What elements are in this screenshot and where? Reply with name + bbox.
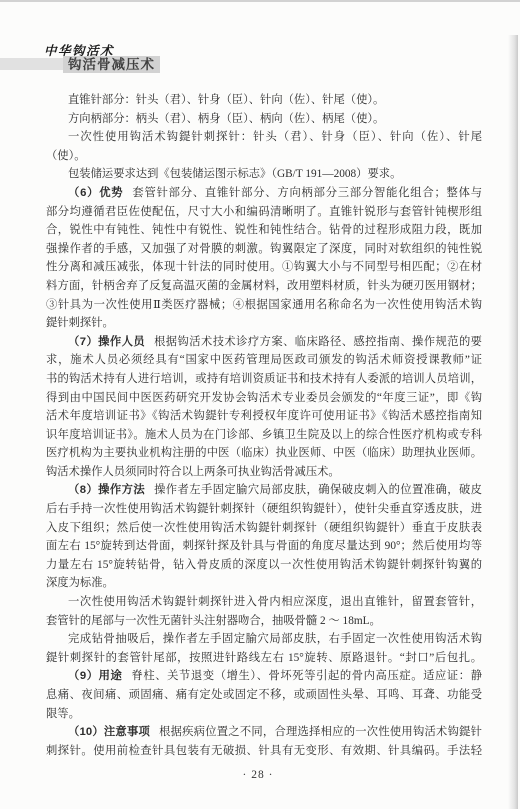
scan-top-edge (0, 0, 520, 2)
text-line: 力量左右 15°旋转钻骨，钻入骨皮质的深度以一次性使用钩活术钩鍉针刺探针钩翼的 (46, 556, 482, 575)
line-text: 息痛、夜间痛、顽固痛、痛有定处或固定不移，或顽固性头晕、耳鸣、耳聋、功能受 (46, 689, 482, 701)
text-line: 包装储运要求达到《包装储运图示标志》（GB/T 191—2008）要求。 (46, 165, 482, 184)
line-text: 鍉针刺探针。 (46, 317, 114, 329)
line-text: 料方面，针柄舍弃了反复高温灭菌的金属材料，改用塑料材质，针头为硬刃医用钢材； (46, 280, 482, 292)
line-text: 操作者左手固定腧穴局部皮肤，确保破皮刺入的位置准确，破皮 (154, 484, 482, 496)
section-label: （7）操作人员 (68, 336, 145, 348)
text-line: 求，施术人员必须经具有“国家中医药管理局医政司颁发的钩活术师资授课教师”证 (46, 351, 482, 370)
scan-right-edge (508, 35, 518, 809)
line-text: 根据疾病位置之不同，合理选择相应的一次性使用钩活术钩鍉针 (159, 726, 482, 738)
line-text: 深度为标准。 (46, 577, 114, 589)
text-line: 深度为标准。 (46, 574, 482, 593)
text-line: 部分均遵循君臣佐使配伍，尺寸大小和编码清晰明了。直锥针锐形与套管针钝楔形组 (46, 203, 482, 222)
section-label: （6）优势 (68, 187, 123, 199)
text-line: 强操作者的手感，又加强了对骨膜的刺激。钩翼限定了深度，同时对软组织的钝性锐 (46, 240, 482, 259)
line-text: 合，锐性中有钝性、钝性中有锐性、锐性和钝性结合。钻骨的过程形成阻力段，既加 (46, 224, 482, 236)
line-text: 医疗机构为主要执业机构注册的中医（临床）执业医师、中医（临床）助理执业医师。 (46, 447, 482, 459)
line-text: 后右手持一次性使用钩活术钩鍉针刺探针（硬组织钩鍉针），使针尖垂直穿透皮肤，进 (46, 503, 482, 515)
text-line: 鍉针刺探针的套管针尾部，按照进针路线左右 15°旋转、原路退针。“封口”后包扎。 (46, 649, 482, 668)
text-line: 料方面，针柄舍弃了反复高温灭菌的金属材料，改用塑料材质，针头为硬刃医用钢材； (46, 277, 482, 296)
line-text: （使）。 (46, 150, 86, 162)
line-text: 套管针的尾部与一次性无菌针头注射器吻合，抽吸骨髓 2 ～ 18mL。 (46, 615, 381, 627)
line-text: 识年度培训证书》。施术人员为在门诊部、乡镇卫生院及以上的综合性医疗机构或专科 (46, 429, 482, 441)
line-text: 钩活术操作人员须同时符合以上两条可执业钩活骨减压术。 (46, 466, 340, 478)
line-text: 直锥针部分：针头（君）、针身（臣）、针向（佐）、针尾（使）。 (68, 94, 384, 106)
text-line: 识年度培训证书》。施术人员为在门诊部、乡镇卫生院及以上的综合性医疗机构或专科 (46, 426, 482, 445)
text-line: 方向柄部分：柄头（君）、柄身（臣）、柄向（佐）、柄尾（使）。 (46, 110, 482, 129)
line-text: 部分均遵循君臣佐使配伍，尺寸大小和编码清晰明了。直锥针锐形与套管针钝楔形组 (46, 206, 482, 218)
text-line: 书的钩活术持有人进行培训，或持有培训资质证书和技术持有人委派的培训人员培训， (46, 370, 482, 389)
text-line: （6）优势套管针部分、直锥针部分、方向柄部分三部分智能化组合；整体与 (46, 184, 482, 203)
section-title: 钩活骨减压术 (63, 56, 160, 73)
text-line: 得到由中国民间中医医药研究开发协会钩活术专业委员会颁发的“年度三证”，即《钩 (46, 389, 482, 408)
text-line: （7）操作人员根据钩活术技术诊疗方案、临床路径、感控指南、操作规范的要 (46, 333, 482, 352)
line-text: 一次性使用钩活术钩鍉针刺探针进入骨内相应深度，退出直锥针，留置套管针， (68, 596, 482, 608)
line-text: 活术年度培训证书》《钩活术钩鍉针专利授权年度许可使用证书》《钩活术感控指南知 (46, 410, 482, 422)
text-line: 医疗机构为主要执业机构注册的中医（临床）执业医师、中医（临床）助理执业医师。 (46, 444, 482, 463)
text-line: 钩活术操作人员须同时符合以上两条可执业钩活骨减压术。 (46, 463, 482, 482)
line-text: 性分离和减压减张，体现十针法的同时使用。①钩翼大小与不同型号相匹配；②在材 (46, 261, 482, 273)
line-text: 套管针部分、直锥针部分、方向柄部分三部分智能化组合；整体与 (132, 187, 482, 199)
line-text: 得到由中国民间中医医药研究开发协会钩活术专业委员会颁发的“年度三证”，即《钩 (46, 392, 482, 404)
line-text: 根据钩活术技术诊疗方案、临床路径、感控指南、操作规范的要 (154, 336, 482, 348)
text-line: 后右手持一次性使用钩活术钩鍉针刺探针（硬组织钩鍉针），使针尖垂直穿透皮肤，进 (46, 500, 482, 519)
line-text: 鍉针刺探针的套管针尾部，按照进针路线左右 15°旋转、原路退针。“封口”后包扎。 (46, 652, 482, 664)
line-text: 限等。 (46, 708, 80, 720)
text-line: （9）用途脊柱、关节退变（增生）、骨坏死等引起的骨内高压症。适应证：静 (46, 667, 482, 686)
text-line: 入皮下组织；然后使一次性使用钩活术钩鍉针刺探针（硬组织钩鍉针）垂直于皮肤表 (46, 519, 482, 538)
section-label: （10）注意事项 (68, 726, 150, 738)
text-line: （使）。 (46, 147, 482, 166)
text-line: 刺探针。使用前检查针具包装有无破损、针具有无变形、有效期、针具编码。手法轻 (46, 742, 482, 761)
text-line: 合，锐性中有钝性、钝性中有锐性、锐性和钝性结合。钻骨的过程形成阻力段，既加 (46, 221, 482, 240)
text-line: 直锥针部分：针头（君）、针身（臣）、针向（佐）、针尾（使）。 (46, 91, 482, 110)
line-text: 脊柱、关节退变（增生）、骨坏死等引起的骨内高压症。适应证：静 (131, 670, 482, 682)
line-text: 一次性使用钩活术钩鍉针刺探针：针头（君）、针身（臣）、针向（佐）、针尾 (68, 131, 482, 143)
text-line: 活术年度培训证书》《钩活术钩鍉针专利授权年度许可使用证书》《钩活术感控指南知 (46, 407, 482, 426)
line-text: ③针具为一次性使用Ⅱ类医疗器械；④根据国家通用名称命名为一次性使用钩活术钩 (46, 299, 482, 311)
text-line: 鍉针刺探针。 (46, 314, 482, 333)
line-text: 强操作者的手感，又加强了对骨膜的刺激。钩翼限定了深度，同时对软组织的钝性锐 (46, 243, 482, 255)
text-line: 完成钻骨抽吸后，操作者左手固定腧穴局部皮肤，右手固定一次性使用钩活术钩 (46, 630, 482, 649)
text-line: 面左右 15°旋转到达骨面，刺探针探及针具与骨面的角度尽量达到 90°；然后使用… (46, 537, 482, 556)
text-line: ③针具为一次性使用Ⅱ类医疗器械；④根据国家通用名称命名为一次性使用钩活术钩 (46, 296, 482, 315)
line-text: 力量左右 15°旋转钻骨，钻入骨皮质的深度以一次性使用钩活术钩鍉针刺探针钩翼的 (46, 559, 482, 571)
line-text: 求，施术人员必须经具有“国家中医药管理局医政司颁发的钩活术师资授课教师”证 (46, 354, 482, 366)
scanned-page: 中华钩活术 钩活骨减压术 直锥针部分：针头（君）、针身（臣）、针向（佐）、针尾（… (0, 0, 520, 809)
text-line: 一次性使用钩活术钩鍉针刺探针：针头（君）、针身（臣）、针向（佐）、针尾 (46, 128, 482, 147)
line-text: 包装储运要求达到《包装储运图示标志》（GB/T 191—2008）要求。 (68, 168, 401, 180)
text-line: 息痛、夜间痛、顽固痛、痛有定处或固定不移，或顽固性头晕、耳鸣、耳聋、功能受 (46, 686, 482, 705)
line-text: 完成钻骨抽吸后，操作者左手固定腧穴局部皮肤，右手固定一次性使用钩活术钩 (68, 633, 482, 645)
line-text: 入皮下组织；然后使一次性使用钩活术钩鍉针刺探针（硬组织钩鍉针）垂直于皮肤表 (46, 522, 482, 534)
line-text: 面左右 15°旋转到达骨面，刺探针探及针具与骨面的角度尽量达到 90°；然后使用… (46, 540, 482, 552)
text-line: （10）注意事项根据疾病位置之不同，合理选择相应的一次性使用钩活术钩鍉针 (46, 723, 482, 742)
line-text: 刺探针。使用前检查针具包装有无破损、针具有无变形、有效期、针具编码。手法轻 (46, 745, 482, 757)
text-line: 一次性使用钩活术钩鍉针刺探针进入骨内相应深度，退出直锥针，留置套管针， (46, 593, 482, 612)
text-line: 套管针的尾部与一次性无菌针头注射器吻合，抽吸骨髓 2 ～ 18mL。 (46, 612, 482, 631)
section-label: （8）操作方法 (68, 484, 145, 496)
page-number: · 28 · (0, 769, 516, 781)
text-line: 限等。 (46, 705, 482, 724)
text-line: （8）操作方法操作者左手固定腧穴局部皮肤，确保破皮刺入的位置准确，破皮 (46, 481, 482, 500)
section-title-bar: 钩活骨减压术 (0, 58, 153, 70)
body-text: 直锥针部分：针头（君）、针身（臣）、针向（佐）、针尾（使）。方向柄部分：柄头（君… (46, 91, 482, 760)
section-label: （9）用途 (68, 670, 122, 682)
text-line: 性分离和减压减张，体现十针法的同时使用。①钩翼大小与不同型号相匹配；②在材 (46, 258, 482, 277)
line-text: 书的钩活术持有人进行培训，或持有培训资质证书和技术持有人委派的培训人员培训， (46, 373, 482, 385)
line-text: 方向柄部分：柄头（君）、柄身（臣）、柄向（佐）、柄尾（使）。 (68, 113, 384, 125)
